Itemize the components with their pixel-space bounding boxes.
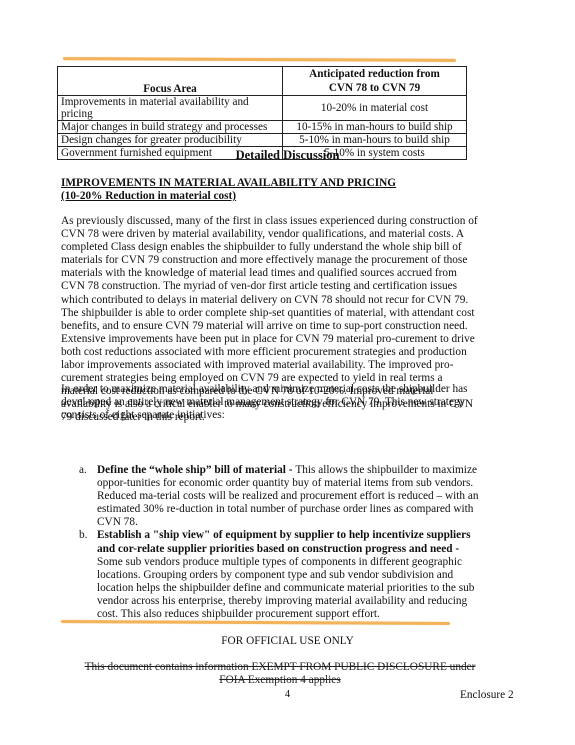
focus-area-cell: Improvements in material availability an… [58,96,283,121]
initiatives-list: a. Define the “whole ship” bill of mater… [79,464,479,621]
list-item: a. Define the “whole ship” bill of mater… [79,464,479,529]
header-b-line1: Anticipated reduction from [309,68,440,80]
reduction-cell: 10-15% in man-hours to build ship [283,121,467,134]
section-heading-line1: IMPROVEMENTS IN MATERIAL AVAILABILITY AN… [61,177,396,189]
section-heading: IMPROVEMENTS IN MATERIAL AVAILABILITY AN… [61,177,396,203]
reduction-cell: 5-10% in man-hours to build ship [283,134,467,147]
table-row: Improvements in material availability an… [58,96,467,121]
list-marker: b. [79,529,87,542]
list-item: b. Establish a "ship view" of equipment … [79,529,479,621]
header-focus-area: Focus Area [58,67,283,96]
initiative-title: Establish a "ship view" of equipment by … [97,529,471,554]
reduction-cell: 10-20% in material cost [283,96,467,121]
paragraph-strategy: In order to maximize material availabili… [61,383,481,422]
table-row: Design changes for greater producibility… [58,134,467,147]
initiative-text: Some sub vendors produce multiple types … [97,556,474,620]
enclosure-label: Enclosure 2 [460,689,514,701]
focus-area-cell: Major changes in build strategy and proc… [58,121,283,134]
focus-area-table: Focus Area Anticipated reduction from CV… [57,66,467,160]
table-header-row: Focus Area Anticipated reduction from CV… [58,67,467,96]
discussion-title: Detailed Discussion [0,148,575,163]
section-heading-line2: (10-20% Reduction in material cost) [61,190,236,202]
struck-disclosure-notice: This document contains information EXEMP… [80,661,480,687]
focus-area-cell: Design changes for greater producibility [58,134,283,147]
list-marker: a. [79,464,87,477]
initiative-title: Define the “whole ship” bill of material… [97,464,295,476]
header-rule [63,57,456,62]
table-row: Major changes in build strategy and proc… [58,121,467,134]
footer-rule [61,620,450,625]
classification-label: FOR OFFICIAL USE ONLY [0,635,575,647]
header-b-line2: CVN 78 to CVN 79 [329,82,420,94]
header-anticipated-reduction: Anticipated reduction from CVN 78 to CVN… [283,67,467,96]
